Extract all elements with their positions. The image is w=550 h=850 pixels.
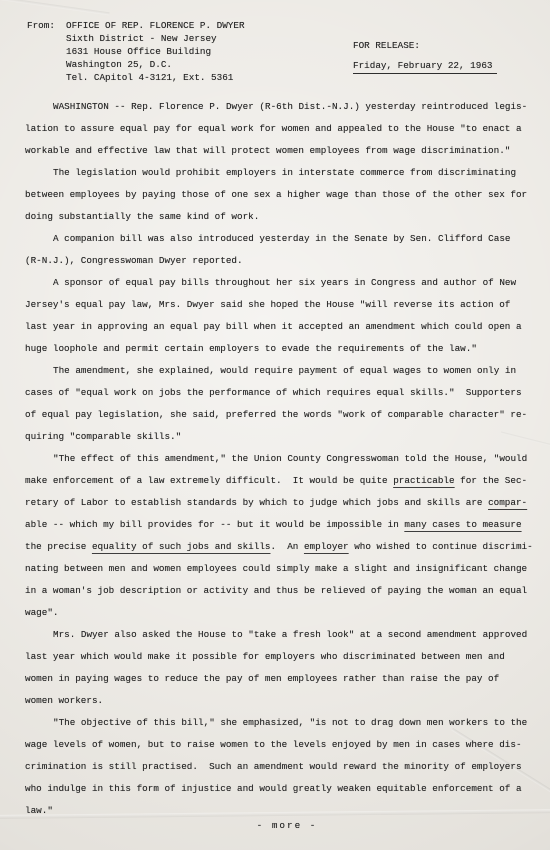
paper-crease (0, 0, 110, 15)
body-text-segment: crimination is still practised. Such an … (25, 761, 522, 772)
body-text-segment: in a woman's job description or activity… (25, 585, 527, 596)
body-line: huge loophole and permit certain employe… (25, 338, 537, 360)
body-line: Mrs. Dwyer also asked the House to "take… (25, 624, 537, 646)
body-text-segment: cases of "equal work on jobs the perform… (25, 387, 522, 398)
office-address-block: OFFICE OF REP. FLORENCE P. DWYERSixth Di… (66, 20, 245, 85)
body-line: WASHINGTON -- Rep. Florence P. Dwyer (R-… (25, 96, 537, 118)
pencil-underlined-text: many cases to measure (404, 519, 521, 530)
body-text-segment: lation to assure equal pay for equal wor… (25, 123, 522, 134)
office-address-line: 1631 House Office Building (66, 46, 245, 59)
office-address-line: OFFICE OF REP. FLORENCE P. DWYER (66, 20, 245, 33)
body-text-segment: wage". (25, 607, 58, 618)
body-line: The legislation would prohibit employers… (25, 162, 537, 184)
body-line: between employees by paying those of one… (25, 184, 537, 206)
release-label: FOR RELEASE: (353, 40, 497, 51)
body-text-segment: quiring "comparable skills." (25, 431, 181, 442)
body-text-segment: A companion bill was also introduced yes… (53, 233, 510, 244)
body-text-segment: between employees by paying those of one… (25, 189, 527, 200)
press-release-page: From: OFFICE OF REP. FLORENCE P. DWYERSi… (0, 0, 550, 850)
body-text-segment: "The effect of this amendment," the Unio… (53, 453, 527, 464)
body-line: women in paying wages to reduce the pay … (25, 668, 537, 690)
body-line: (R-N.J.), Congresswoman Dwyer reported. (25, 250, 537, 272)
body-line: quiring "comparable skills." (25, 426, 537, 448)
body-line: nating between men and women employees c… (25, 558, 537, 580)
body-line: A sponsor of equal pay bills throughout … (25, 272, 537, 294)
body-text-segment: (R-N.J.), Congresswoman Dwyer reported. (25, 255, 243, 266)
body-text-segment: nating between men and women employees c… (25, 563, 527, 574)
more-indicator: - more - (0, 820, 550, 831)
body-lines: WASHINGTON -- Rep. Florence P. Dwyer (R-… (25, 96, 537, 822)
office-address-line: Washington 25, D.C. (66, 59, 245, 72)
header-from-label: From: (27, 20, 55, 31)
body-text-segment: law." (25, 805, 53, 816)
body-line: The amendment, she explained, would requ… (25, 360, 537, 382)
body-text-segment: the precise (25, 541, 92, 552)
release-block: FOR RELEASE: Friday, February 22, 1963 (353, 40, 497, 74)
body-text-segment: of equal pay legislation, she said, pref… (25, 409, 527, 420)
body-text-segment: "The objective of this bill," she emphas… (53, 717, 527, 728)
body-line: wage levels of women, but to raise women… (25, 734, 537, 756)
body-line: able -- which my bill provides for -- bu… (25, 514, 537, 536)
body-text-segment: who wished to continue discrimi- (349, 541, 533, 552)
body-text-segment: WASHINGTON -- Rep. Florence P. Dwyer (R-… (53, 101, 527, 112)
body-text-segment: for the Sec- (455, 475, 528, 486)
body-text-segment: A sponsor of equal pay bills throughout … (53, 277, 516, 288)
body-text-segment: last year which would make it possible f… (25, 651, 505, 662)
body-text-segment: last year in approving an equal pay bill… (25, 321, 522, 332)
pencil-underlined-text: compar- (488, 497, 527, 508)
body-line: last year in approving an equal pay bill… (25, 316, 537, 338)
pencil-underlined-text: equality of such jobs and skills (92, 541, 271, 552)
body-line: workable and effective law that will pro… (25, 140, 537, 162)
body-text-segment: workable and effective law that will pro… (25, 145, 510, 156)
body-text-segment: The amendment, she explained, would requ… (53, 365, 516, 376)
body-text-segment: women in paying wages to reduce the pay … (25, 673, 499, 684)
body-line: doing substantially the same kind of wor… (25, 206, 537, 228)
pencil-underlined-text: practicable (393, 475, 454, 486)
body-text-segment: who indulge in this form of injustice an… (25, 783, 522, 794)
body-line: "The effect of this amendment," the Unio… (25, 448, 537, 470)
body-line: make enforcement of a law extremely diff… (25, 470, 537, 492)
body-line: retary of Labor to establish standards b… (25, 492, 537, 514)
body-line: in a woman's job description or activity… (25, 580, 537, 602)
body-line: wage". (25, 602, 537, 624)
office-address-line: Tel. CApitol 4-3121, Ext. 5361 (66, 72, 245, 85)
body-text-segment: able -- which my bill provides for -- bu… (25, 519, 404, 530)
body-line: the precise equality of such jobs and sk… (25, 536, 537, 558)
body-line: A companion bill was also introduced yes… (25, 228, 537, 250)
release-date: Friday, February 22, 1963 (353, 60, 497, 74)
body-line: "The objective of this bill," she emphas… (25, 712, 537, 734)
body-line: lation to assure equal pay for equal wor… (25, 118, 537, 140)
body-line: who indulge in this form of injustice an… (25, 778, 537, 800)
office-address-line: Sixth District - New Jersey (66, 33, 245, 46)
body-line: of equal pay legislation, she said, pref… (25, 404, 537, 426)
body-text-segment: wage levels of women, but to raise women… (25, 739, 522, 750)
body-line: crimination is still practised. Such an … (25, 756, 537, 778)
body-text-segment: huge loophole and permit certain employe… (25, 343, 477, 354)
body-line: last year which would make it possible f… (25, 646, 537, 668)
body-text-segment: doing substantially the same kind of wor… (25, 211, 259, 222)
pencil-underlined-text: employer (304, 541, 349, 552)
body-line: cases of "equal work on jobs the perform… (25, 382, 537, 404)
body-line: law." (25, 800, 537, 822)
body-text-segment: The legislation would prohibit employers… (53, 167, 516, 178)
body-text-segment: Jersey's equal pay law, Mrs. Dwyer said … (25, 299, 510, 310)
body-text-segment: . An (270, 541, 303, 552)
body-text-segment: Mrs. Dwyer also asked the House to "take… (53, 629, 527, 640)
body-line: Jersey's equal pay law, Mrs. Dwyer said … (25, 294, 537, 316)
body-text-segment: make enforcement of a law extremely diff… (25, 475, 393, 486)
body-text-segment: retary of Labor to establish standards b… (25, 497, 488, 508)
body-line: women workers. (25, 690, 537, 712)
body-text-segment: women workers. (25, 695, 103, 706)
